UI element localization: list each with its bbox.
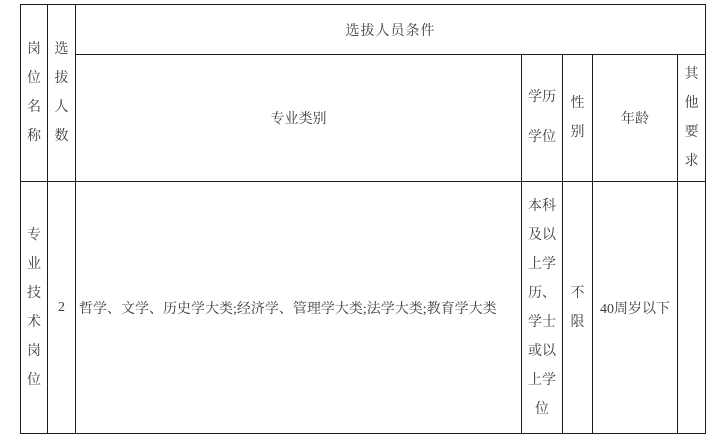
selection-conditions-table: 岗位名称 选拔人数 选拔人员条件 专业类别 学历学位 性别 [20, 4, 706, 434]
header-row-sub: 专业类别 学历学位 性别 年龄 其他要求 [21, 55, 706, 182]
header-position-name: 岗位名称 [21, 5, 48, 182]
cell-other [678, 182, 706, 434]
header-education: 学历学位 [522, 55, 563, 182]
header-gender: 性别 [563, 55, 593, 182]
header-conditions: 选拔人员条件 [76, 5, 706, 55]
age-value: 40周岁以下 [600, 302, 670, 317]
header-selection-count: 选拔人数 [48, 5, 76, 182]
header-age-label: 年龄 [621, 112, 649, 127]
header-position-name-label: 岗位名称 [27, 35, 42, 151]
header-row-top: 岗位名称 选拔人数 选拔人员条件 [21, 5, 706, 55]
header-conditions-title: 选拔人员条件 [346, 24, 436, 39]
table-row: 专业技术岗位 2 哲学、文学、历史学大类;经济学、管理学大类;法学大类;教育学大… [21, 182, 706, 434]
major-category-value: 哲学、文学、历史学大类;经济学、管理学大类;法学大类;教育学大类 [79, 302, 497, 317]
position-name-value: 专业技术岗位 [27, 221, 42, 395]
document-page: 岗位名称 选拔人数 选拔人员条件 专业类别 学历学位 性别 [0, 0, 722, 444]
cell-age: 40周岁以下 [593, 182, 678, 434]
cell-education: 本科及以上学历、学士或以上学位 [522, 182, 563, 434]
cell-major-category: 哲学、文学、历史学大类;经济学、管理学大类;法学大类;教育学大类 [76, 182, 522, 434]
gender-value: 不限 [570, 279, 585, 337]
education-value: 本科及以上学历、学士或以上学位 [527, 192, 558, 424]
header-education-label: 学历学位 [527, 78, 558, 158]
cell-selection-count: 2 [48, 182, 76, 434]
cell-gender: 不限 [563, 182, 593, 434]
cell-position-name: 专业技术岗位 [21, 182, 48, 434]
header-other: 其他要求 [678, 55, 706, 182]
header-age: 年龄 [593, 55, 678, 182]
header-selection-count-label: 选拔人数 [54, 35, 69, 151]
header-gender-label: 性别 [570, 89, 585, 147]
header-major-category-label: 专业类别 [271, 112, 327, 127]
header-other-label: 其他要求 [684, 60, 699, 176]
header-major-category: 专业类别 [76, 55, 522, 182]
selection-count-value: 2 [58, 300, 65, 315]
